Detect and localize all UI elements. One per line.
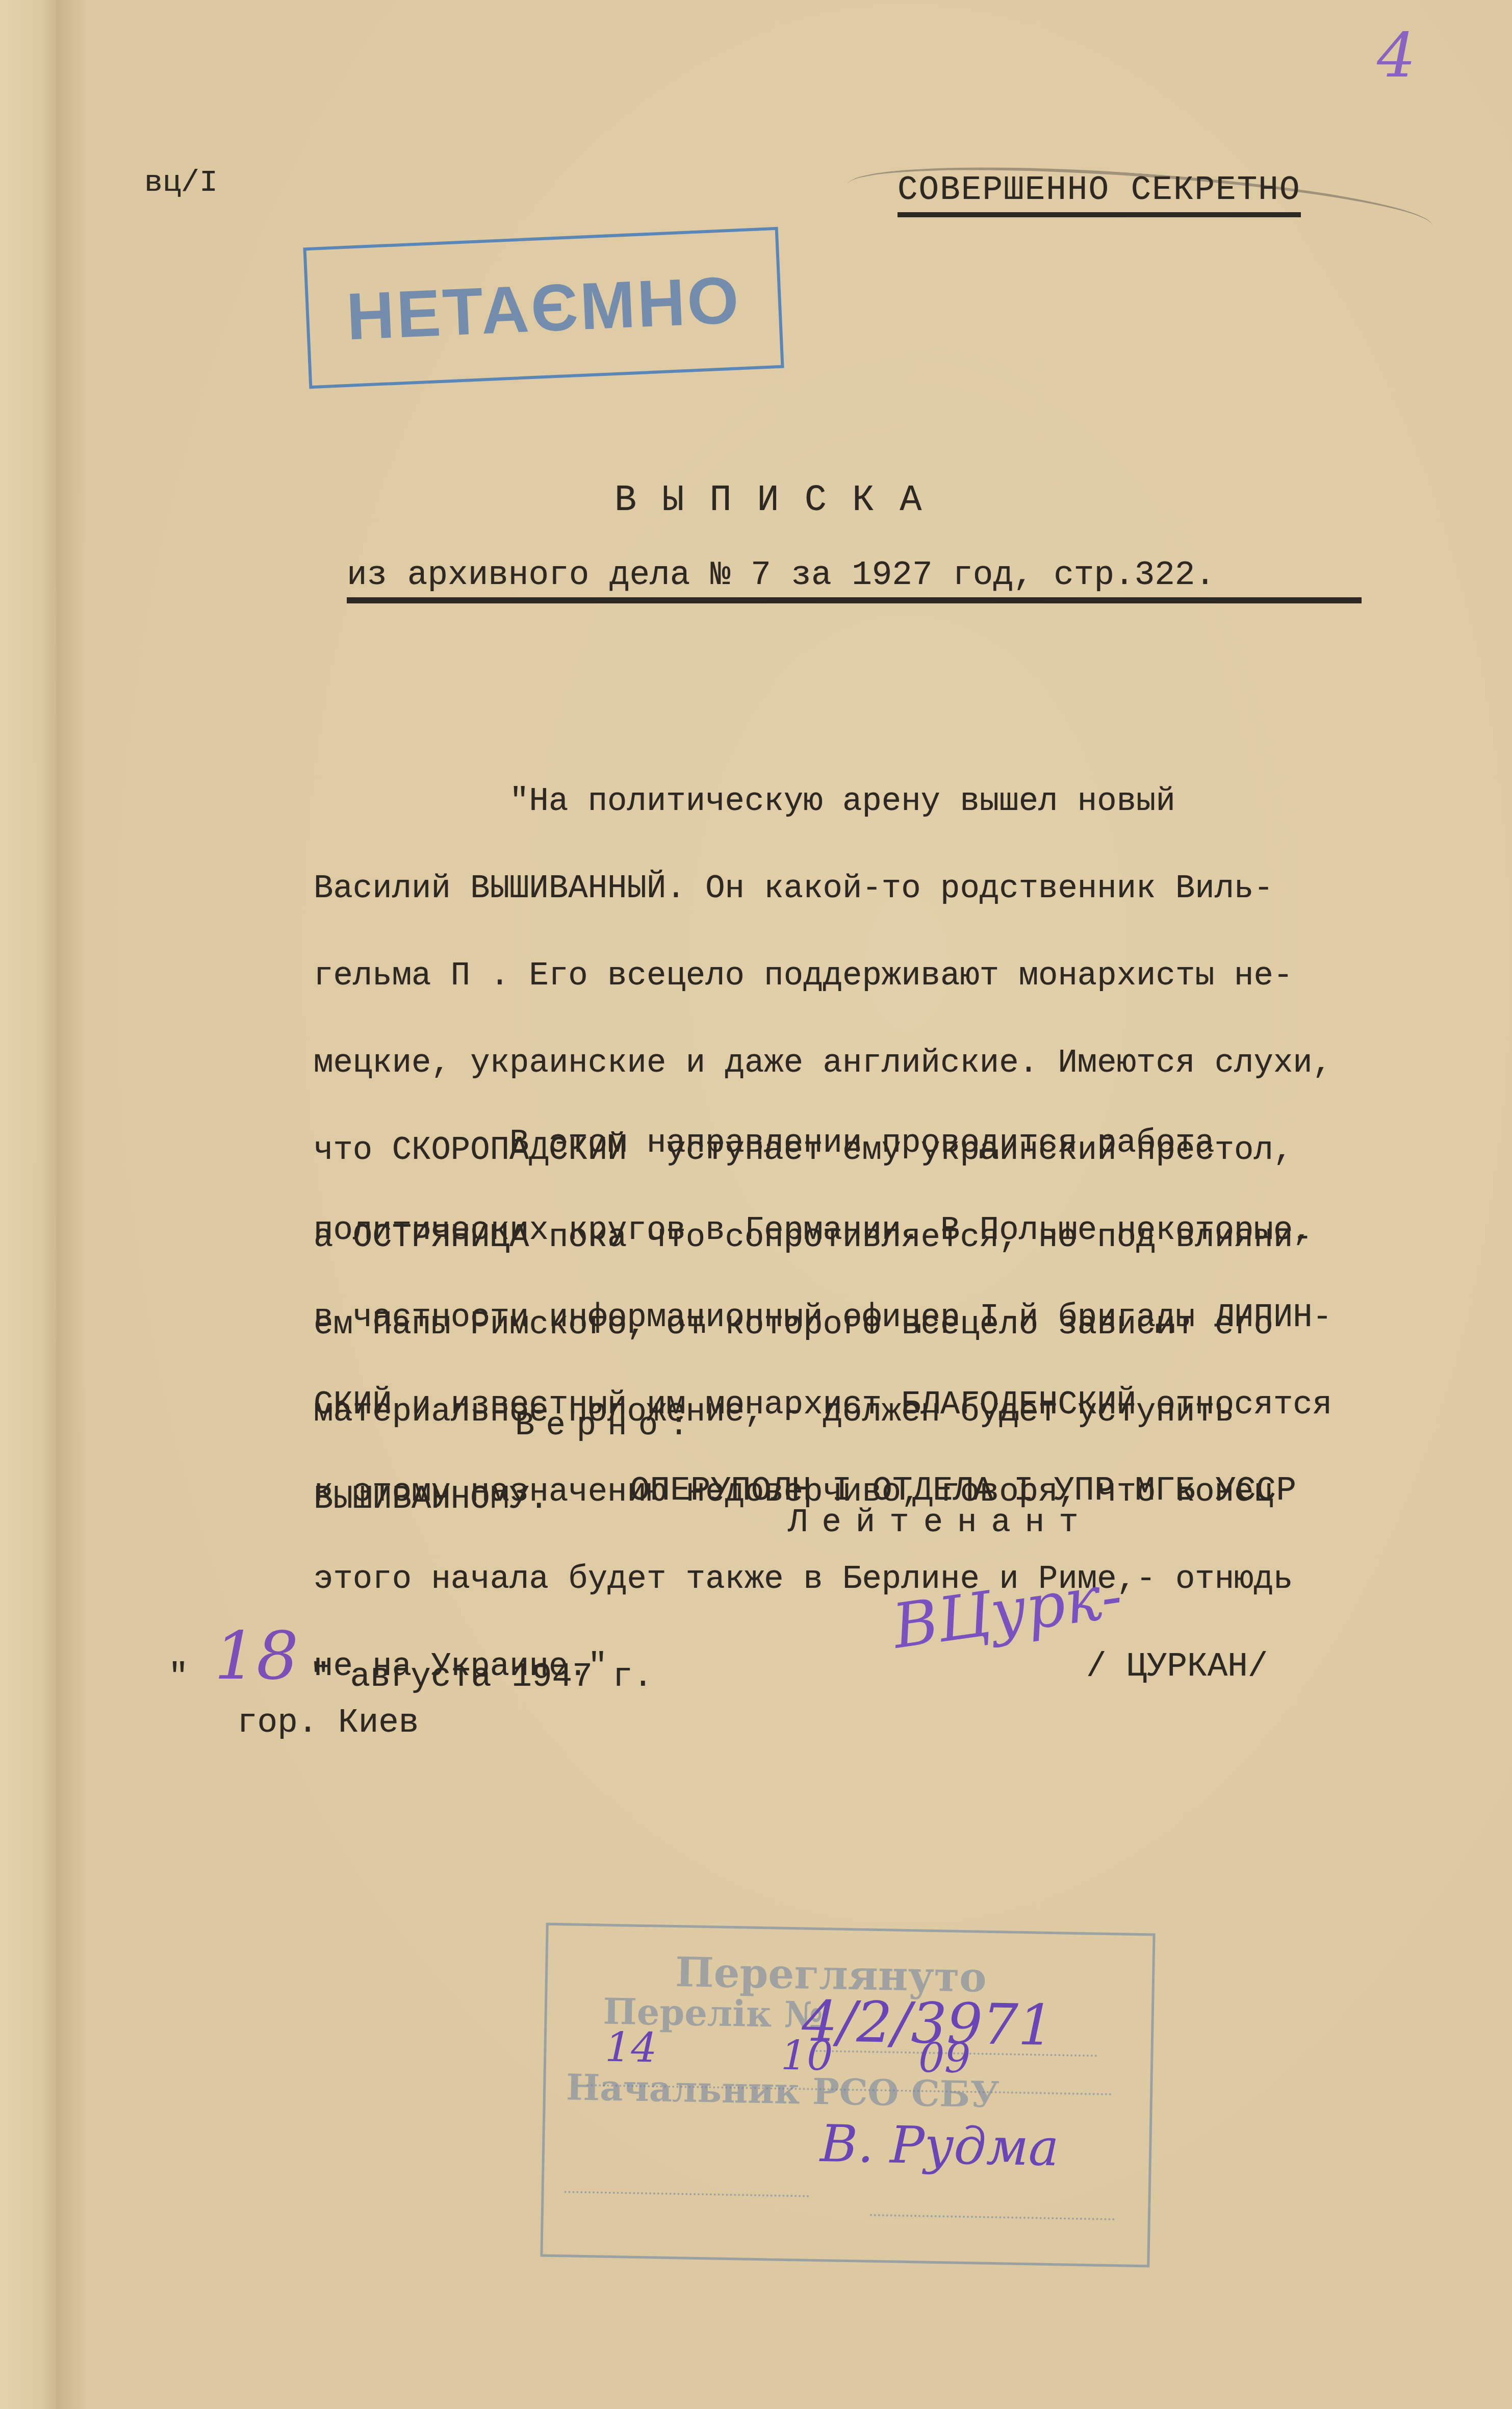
review-month: 10	[781, 2032, 833, 2080]
review-day: 14	[605, 2023, 657, 2072]
reference-code: вц/I	[144, 166, 218, 200]
stamp-rule	[870, 2214, 1115, 2220]
document-page: 4 вц/I СОВЕРШЕННО СЕКРЕТНО НЕТАЄМНО ВЫПИ…	[0, 0, 1512, 2409]
paragraph-line: этого начала будет также в Берлине и Рим…	[314, 1565, 1332, 1594]
review-stamp: Переглянуто Перелік № Начальник РСО СБУ …	[540, 1923, 1155, 2268]
paragraph-line: "На политическую арену вышел новый	[314, 788, 1332, 817]
paragraph-line: В этом направлении проводится работа	[314, 1129, 1332, 1158]
date-day-handwritten: 18	[214, 1617, 298, 1694]
city-line: гор. Киев	[237, 1704, 419, 1742]
document-subtitle: из архивного дела № 7 за 1927 год, стр.3…	[347, 556, 1362, 603]
signer-title: ОПЕРУПОЛН I ОТДЕЛА I УПР МГБ УССР	[630, 1472, 1296, 1510]
document-title: ВЫПИСКА	[614, 479, 947, 521]
declassified-stamp-text: НЕТАЄМНО	[345, 261, 742, 355]
folio-number: 4	[1377, 20, 1416, 91]
paragraph-line: Василий ВЫШИВАННЫЙ. Он какой-то родствен…	[314, 875, 1332, 904]
date-open-quote: "	[168, 1658, 189, 1696]
signer-name: / ЦУРКАН/	[1086, 1647, 1268, 1686]
review-year: 09	[918, 2034, 970, 2082]
paragraph-line: политических кругов в Германии. В Польше…	[314, 1216, 1332, 1246]
signer-rank: Лейтенант	[788, 1505, 1093, 1541]
stamp-rule	[565, 2191, 809, 2197]
paragraph-line: гельма П . Его всецело поддерживают мона…	[314, 962, 1332, 991]
paragraph-line: в частности информационный офицер I-й бр…	[314, 1304, 1332, 1333]
paragraph-2: В этом направлении проводится работа пол…	[314, 1071, 1332, 1740]
classification-label: СОВЕРШЕННО СЕКРЕТНО	[898, 171, 1301, 217]
paragraph-line: СКИЙ и известный им монархист БЛАГОДЕНСК…	[314, 1391, 1332, 1420]
reviewer-signature: В. Рудма	[819, 2114, 1059, 2177]
declassified-stamp: НЕТАЄМНО	[303, 227, 784, 389]
certified-label: Верно:	[515, 1408, 700, 1444]
date-rest: " августа 1947 г.	[310, 1658, 653, 1696]
